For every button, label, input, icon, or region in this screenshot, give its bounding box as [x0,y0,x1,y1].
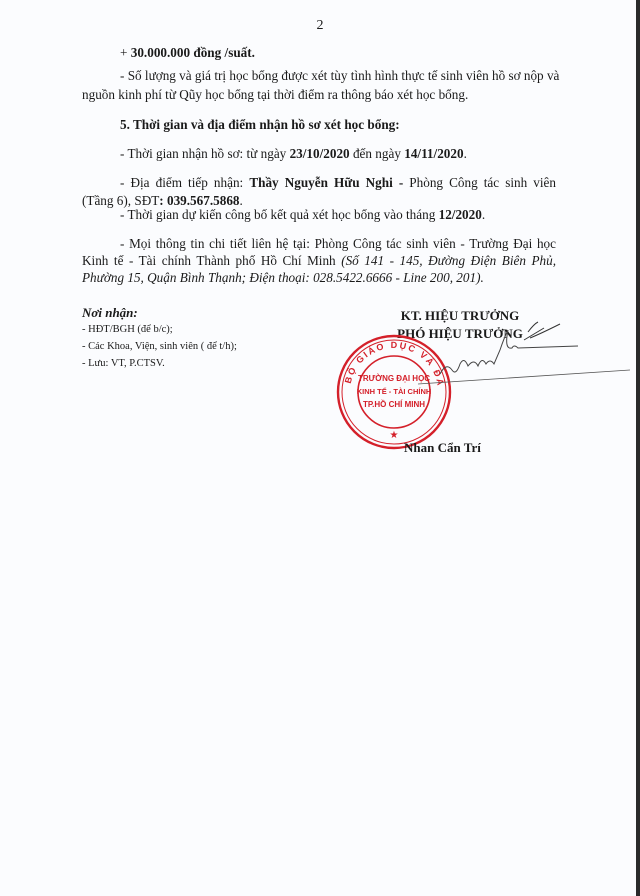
para1-line2: nguồn kinh phí từ Qũy học bổng tại thời … [82,87,468,103]
signer-name: Nhan Cẩn Trí [404,440,481,456]
handwritten-signature-icon [400,310,630,390]
contact-line2: Kinh tế - Tài chính Thành phố Hồ Chí Min… [82,253,556,269]
page-edge-border [636,0,640,896]
time-from: 23/10/2020 [290,146,350,161]
stamp-star-icon: ★ [390,430,399,441]
place-floor: (Tầng 6), SĐT [82,193,159,208]
announce-month: 12/2020 [439,207,482,222]
place-office: Phòng Công tác sinh viên [403,175,556,190]
place-suffix: . [240,193,243,208]
recipient-item: - Lưu: VT, P.CTSV. [82,358,165,369]
recipients-title: Nơi nhận: [82,305,138,321]
para1-line1: - Số lượng và giá trị học bổng được xét … [120,68,556,84]
recipient-item: - Các Khoa, Viện, sinh viên ( để t/h); [82,341,237,352]
place-line1: - Địa điểm tiếp nhận: Thầy Nguyễn Hữu Ng… [120,175,556,191]
time-label: - Thời gian nhận hồ sơ: từ ngày [120,146,290,161]
amount-line: + 30.000.000 đồng /suất. [120,45,255,61]
time-suffix: . [464,146,467,161]
contact-school: Kinh tế - Tài chính Thành phố Hồ Chí Min… [82,253,341,268]
amount-value: 30.000.000 đồng /suất. [131,45,255,60]
stamp-line-3: TP.HỒ CHÍ MINH [363,399,425,409]
receive-time-line: - Thời gian nhận hồ sơ: từ ngày 23/10/20… [120,146,467,162]
time-to: 14/11/2020 [404,146,463,161]
announce-suffix: . [482,207,485,222]
announce-label: - Thời gian dự kiến công bố kết quả xét … [120,207,439,222]
amount-prefix: + [120,45,131,60]
contact-line3: Phường 15, Quận Bình Thạnh; Điện thoại: … [82,270,484,286]
page-number: 2 [0,18,640,34]
announce-line: - Thời gian dự kiến công bố kết quả xét … [120,207,485,223]
place-phone: : 039.567.5868 [159,193,239,208]
recipient-item: - HĐT/BGH (để b/c); [82,324,173,335]
contact-line1: - Mọi thông tin chi tiết liên hệ tại: Ph… [120,236,556,252]
time-mid: đến ngày [350,146,405,161]
section5-heading: 5. Thời gian và địa điểm nhận hồ sơ xét … [120,117,400,133]
place-label: - Địa điểm tiếp nhận: [120,175,249,190]
contact-address: (Số 141 - 145, Đường Điện Biên Phủ, [341,253,556,268]
place-person: Thầy Nguyễn Hữu Nghi - [249,175,403,190]
